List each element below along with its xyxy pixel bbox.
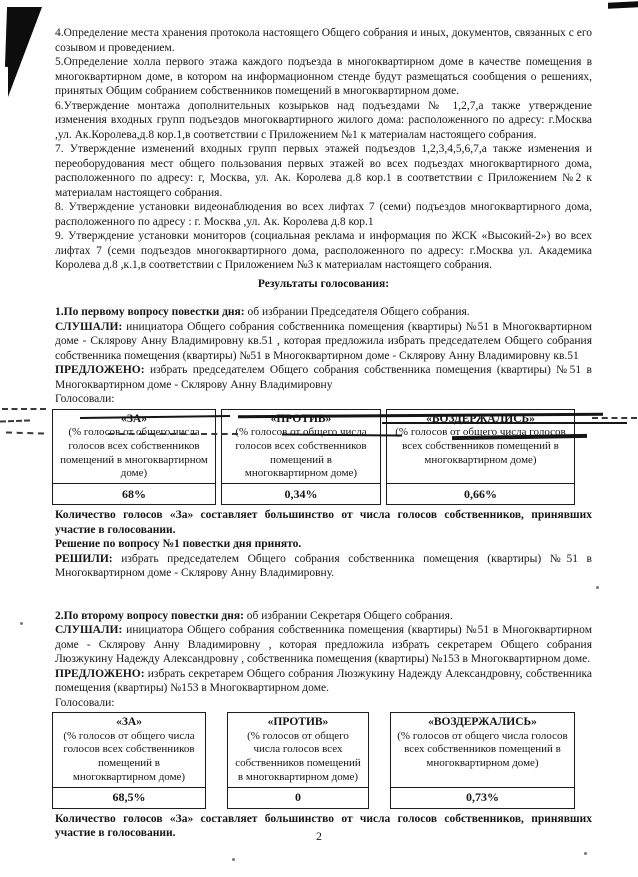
agenda-item-7: 7. Утверждение изменений входных групп п…	[55, 142, 592, 200]
question1-predlozheno: ПРЕДЛОЖЕНО: избрать председателем Общего…	[55, 363, 592, 392]
question1-vote-table: «ЗА» (% голосов от общего числа голосов …	[52, 409, 575, 506]
question1-majority-statement: Количество голосов «За» составляет больш…	[55, 508, 592, 537]
agenda-item-6: 6.Утверждение монтажа дополнительных коз…	[55, 99, 592, 143]
margin-scan-dash	[0, 419, 30, 422]
question1-heading-text: об избрании Председателя Общего собрания…	[245, 306, 470, 318]
question2-heading: 2.По второму вопросу повестки дня: об из…	[55, 609, 592, 624]
question1-vote-table-wrap: «ЗА» (% голосов от общего числа голосов …	[52, 409, 575, 506]
corner-fold-edge-artifact	[5, 7, 10, 67]
question2-predlozheno: ПРЕДЛОЖЕНО: избрать секретарем Общего со…	[55, 667, 592, 696]
agenda-item-9: 9. Утверждение установки мониторов (соци…	[55, 229, 592, 273]
reshili-text: избрать председателем Общего собрания со…	[55, 553, 592, 580]
document-content: 4.Определение места хранения протокола н…	[55, 26, 592, 841]
page-number: 2	[0, 830, 638, 845]
question1-slushali: СЛУШАЛИ: инициатора Общего собрания собс…	[55, 320, 592, 364]
strike-noise-line	[592, 417, 637, 419]
question1-golosovali-label: Голосовали:	[55, 392, 592, 407]
reshili-label: РЕШИЛИ:	[55, 553, 113, 565]
vote-cell-vozderzhalis: «ВОЗДЕРЖАЛИСЬ» (% голосов от общего числ…	[390, 712, 575, 809]
agenda-item-8: 8. Утверждение установки видеонаблюдения…	[55, 200, 592, 229]
vote-value: 68%	[53, 484, 215, 504]
vote-option-subtitle: (% голосов от общего числа голосов всех …	[228, 730, 368, 788]
vote-value: 0	[228, 788, 368, 808]
scan-dot	[596, 586, 599, 589]
scan-dot	[20, 622, 23, 625]
vote-value: 0,34%	[222, 484, 380, 504]
question2-heading-text: об избрании Секретаря Общего собрания.	[244, 610, 453, 622]
predlozheno-label: ПРЕДЛОЖЕНО:	[55, 364, 145, 376]
scanned-protocol-page: 4.Определение места хранения протокола н…	[0, 0, 638, 877]
slushali-text: инициатора Общего собрания собственника …	[55, 624, 592, 665]
vote-option-title: «ЗА»	[53, 713, 205, 730]
slushali-text: инициатора Общего собрания собственника …	[55, 321, 592, 362]
question1-reshili: РЕШИЛИ: избрать председателем Общего соб…	[55, 552, 592, 581]
question2-golosovali-label: Голосовали:	[55, 696, 592, 711]
vote-option-title: «ЗА»	[53, 410, 215, 427]
margin-scan-dash	[6, 432, 44, 435]
results-heading: Результаты голосования:	[55, 277, 592, 292]
question2-heading-label: 2.По второму вопросу повестки дня:	[55, 610, 244, 622]
vote-option-title: «ПРОТИВ»	[228, 713, 368, 730]
agenda-item-5: 5.Определение холла первого этажа каждог…	[55, 55, 592, 99]
vote-option-subtitle: (% голосов от общего числа голосов всех …	[53, 730, 205, 788]
top-right-scan-bar-artifact	[608, 1, 638, 9]
vote-cell-za: «ЗА» (% голосов от общего числа голосов …	[52, 712, 206, 809]
scan-dot	[232, 858, 235, 861]
vote-option-subtitle: (% голосов от общего числа голосов всех …	[391, 730, 574, 788]
predlozheno-label: ПРЕДЛОЖЕНО:	[55, 668, 145, 680]
question2-vote-table: «ЗА» (% голосов от общего числа голосов …	[52, 712, 575, 809]
section-gap	[55, 581, 592, 609]
vote-value: 0,73%	[391, 788, 574, 808]
vote-option-subtitle: (% голосов от общего числа голосов всех …	[387, 426, 574, 484]
slushali-label: СЛУШАЛИ:	[55, 624, 122, 636]
vote-option-subtitle: (% голосов от общего числа голосов всех …	[53, 426, 215, 484]
vote-option-title: «ВОЗДЕРЖАЛИСЬ»	[391, 713, 574, 730]
slushali-label: СЛУШАЛИ:	[55, 321, 122, 333]
question2-slushali: СЛУШАЛИ: инициатора Общего собрания собс…	[55, 623, 592, 667]
question1-heading-label: 1.По первому вопросу повестки дня:	[55, 306, 245, 318]
vote-value: 0,66%	[387, 484, 574, 504]
vote-cell-protiv: «ПРОТИВ» (% голосов от общего числа голо…	[221, 409, 381, 506]
vote-option-title: «ВОЗДЕРЖАЛИСЬ»	[387, 410, 574, 427]
corner-fold-artifact	[8, 7, 42, 97]
vote-option-subtitle: (% голосов от общего числа голосов всех …	[222, 426, 380, 484]
question2-vote-table-wrap: «ЗА» (% голосов от общего числа голосов …	[52, 712, 575, 809]
vote-cell-vozderzhalis: «ВОЗДЕРЖАЛИСЬ» (% голосов от общего числ…	[386, 409, 575, 506]
scan-dot	[584, 852, 587, 855]
vote-cell-protiv: «ПРОТИВ» (% голосов от общего числа голо…	[227, 712, 369, 809]
question1-decision-statement: Решение по вопросу №1 повестки дня приня…	[55, 537, 592, 552]
agenda-item-4: 4.Определение места хранения протокола н…	[55, 26, 592, 55]
vote-option-title: «ПРОТИВ»	[222, 410, 380, 427]
question1-heading: 1.По первому вопросу повестки дня: об из…	[55, 305, 592, 320]
vote-cell-za: «ЗА» (% голосов от общего числа голосов …	[52, 409, 216, 506]
vote-value: 68,5%	[53, 788, 205, 808]
margin-scan-dash	[2, 408, 46, 410]
